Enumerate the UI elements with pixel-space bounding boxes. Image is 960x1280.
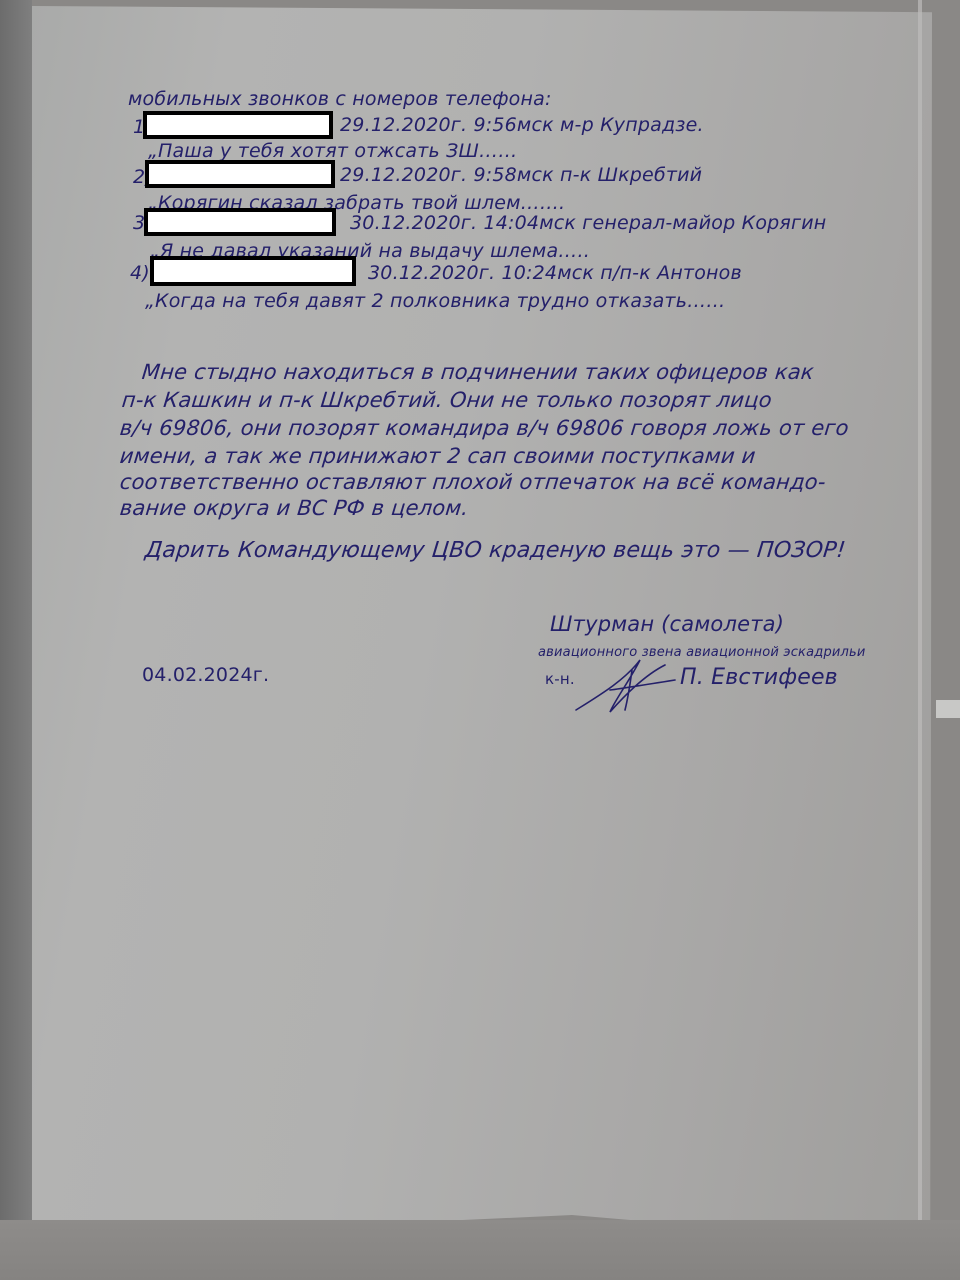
intro-line: мобильных звонков с номеров телефона:: [128, 88, 552, 110]
paragraph-line: имени, а так же принижают 2 сап своими п…: [119, 444, 757, 468]
paragraph-line: вание округа и ВС РФ в целом.: [119, 496, 470, 520]
background-bottom: [0, 1220, 960, 1280]
background-left: [0, 0, 32, 1280]
document-date: 04.02.2024г.: [142, 664, 269, 686]
call-quote: „Когда на тебя давят 2 полковника трудно…: [145, 290, 726, 312]
redacted-phone: [144, 208, 336, 236]
redacted-phone: [143, 111, 333, 139]
position-line: Штурман (самолета): [550, 612, 784, 636]
paper-edge: [918, 0, 922, 1280]
redacted-phone: [145, 160, 335, 188]
paper-tab: [936, 700, 960, 718]
redacted-phone: [150, 256, 356, 286]
paragraph-line: п-к Кашкин и п-к Шкребтий. Они не только…: [121, 388, 773, 412]
call-details: 29.12.2020г. 9:58мск п-к Шкребтий: [340, 164, 702, 186]
paragraph-line: в/ч 69806, они позорят командира в/ч 698…: [119, 416, 850, 440]
call-details: 30.12.2020г. 10:24мск п/п-к Антонов: [368, 262, 742, 284]
call-details: 30.12.2020г. 14:04мск генерал-майор Коря…: [350, 212, 826, 234]
call-quote: „Паша у тебя хотят отжсать ЗШ……: [148, 140, 517, 162]
paragraph-line: Мне стыдно находиться в подчинении таких…: [141, 360, 815, 384]
call-number: 4): [130, 262, 150, 284]
signature-scribble: [570, 640, 680, 720]
statement-line: Дарить Командующему ЦВО краденую вещь эт…: [144, 538, 847, 563]
paragraph-line: соответственно оставляют плохой отпечато…: [119, 470, 827, 494]
call-details: 29.12.2020г. 9:56мск м-р Купрадзе.: [340, 114, 704, 136]
signer-name: П. Евстифеев: [680, 665, 838, 690]
